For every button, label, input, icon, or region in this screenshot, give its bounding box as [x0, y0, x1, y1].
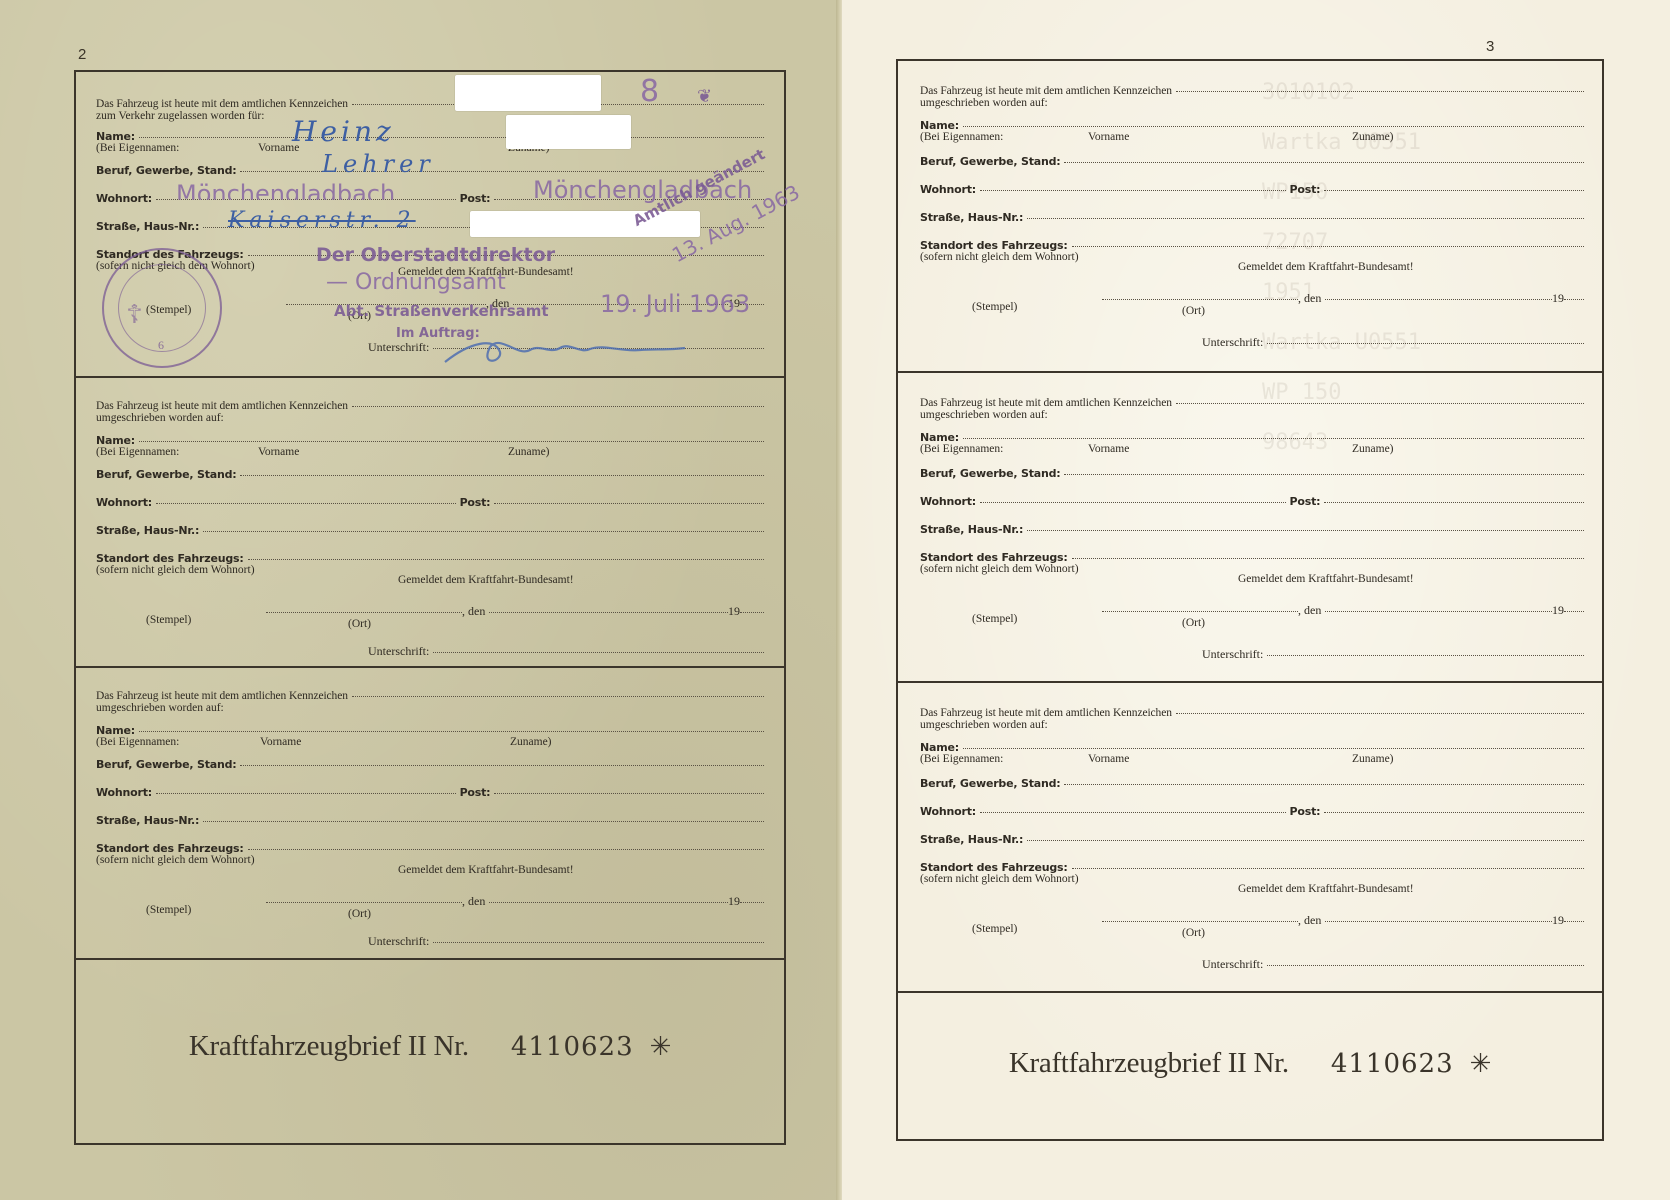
ort-field[interactable]	[1102, 611, 1298, 612]
redacted-zuname	[506, 115, 631, 149]
wohnort-field[interactable]	[980, 812, 1286, 813]
wohnort-label: Wohnort:	[920, 495, 976, 508]
date-row: , den 19	[266, 604, 764, 619]
zuname-label: Zuname)	[508, 446, 550, 458]
intro-row: Das Fahrzeug ist heute mit dem amtlichen…	[920, 85, 1584, 97]
bei-eigennamen-label: (Bei Eigennamen:	[96, 446, 179, 458]
document-title-footer: Kraftfahrzeugbrief II Nr.4110623✳	[76, 1030, 784, 1063]
kennzeichen-field[interactable]	[352, 406, 764, 407]
year-field[interactable]	[1564, 921, 1584, 922]
authority-stamp-line1: Der Oberstadtdirektor	[316, 244, 555, 266]
beruf-label: Beruf, Gewerbe, Stand:	[96, 164, 236, 177]
gemeldet-text: Gemeldet dem Kraftfahrt-Bundesamt!	[1238, 573, 1414, 585]
registration-section-4: Das Fahrzeug ist heute mit dem amtlichen…	[898, 61, 1602, 373]
date-field[interactable]	[489, 612, 728, 613]
struck-strasse: Kaiserstr. 2	[228, 208, 416, 233]
stempel-label: (Stempel)	[972, 923, 1017, 935]
den-label: , den	[1298, 291, 1321, 306]
date-row: , den 19	[1102, 603, 1584, 618]
post-field[interactable]	[1324, 812, 1584, 813]
document-footer: Kraftfahrzeugbrief II Nr.4110623✳	[76, 960, 784, 1145]
authority-stamp-line2: — Ordnungsamt	[326, 270, 506, 295]
ort-field[interactable]	[266, 902, 462, 903]
beruf-field[interactable]	[1064, 162, 1584, 163]
name-field[interactable]	[963, 126, 1584, 127]
registration-section-6: Das Fahrzeug ist heute mit dem amtlichen…	[898, 683, 1602, 993]
post-field[interactable]	[1324, 502, 1584, 503]
beruf-field[interactable]	[1064, 784, 1584, 785]
beruf-row: Beruf, Gewerbe, Stand:	[920, 155, 1584, 168]
name-row: Name:	[920, 431, 1584, 444]
unterschrift-row: Unterschrift:	[368, 934, 764, 949]
intro-text: Das Fahrzeug ist heute mit dem amtlichen…	[96, 690, 348, 702]
unterschrift-row: Unterschrift:	[1202, 335, 1584, 350]
page-number-right: 3	[1486, 38, 1494, 55]
unterschrift-field[interactable]	[1267, 655, 1584, 656]
ort-field[interactable]	[1102, 299, 1298, 300]
strasse-field[interactable]	[1027, 218, 1584, 219]
date-row: , den 19	[1102, 291, 1584, 306]
intro-text-2: zum Verkehr zugelassen worden für:	[96, 110, 264, 122]
intro-text: Das Fahrzeug ist heute mit dem amtlichen…	[920, 397, 1172, 409]
wohnort-label: Wohnort:	[96, 496, 152, 509]
ort-field[interactable]	[1102, 921, 1298, 922]
strasse-label: Straße, Haus-Nr.:	[96, 220, 199, 233]
standort-field[interactable]	[248, 849, 764, 850]
right-page: 3010102Wartka U0551WP150727071951Wartka …	[842, 0, 1670, 1200]
gemeldet-text: Gemeldet dem Kraftfahrt-Bundesamt!	[1238, 261, 1414, 273]
unterschrift-label: Unterschrift:	[1202, 335, 1263, 350]
wohnort-label: Wohnort:	[96, 786, 152, 799]
intro-text-2: umgeschrieben worden auf:	[96, 702, 224, 714]
asterisk-icon: ✳	[650, 1032, 672, 1061]
beruf-field[interactable]	[240, 171, 764, 172]
wohnort-label: Wohnort:	[96, 192, 152, 205]
intro-row: Das Fahrzeug ist heute mit dem amtlichen…	[920, 397, 1584, 409]
unterschrift-row: Unterschrift:	[368, 644, 764, 659]
year-field[interactable]	[1564, 299, 1584, 300]
zuname-label: Zuname)	[1352, 443, 1394, 455]
zuname-label: Zuname)	[510, 736, 552, 748]
post-field[interactable]	[494, 503, 764, 504]
wohnort-row: Wohnort: Post:	[96, 496, 764, 509]
strasse-label: Straße, Haus-Nr.:	[920, 523, 1023, 536]
name-row: Name:	[96, 434, 764, 447]
post-field[interactable]	[494, 793, 764, 794]
stamp-date: 19. Juli 1963	[600, 290, 750, 318]
handwritten-vorname: Heinz	[292, 115, 395, 148]
beruf-label: Beruf, Gewerbe, Stand:	[96, 758, 236, 771]
wohnort-row: Wohnort: Post:	[920, 495, 1584, 508]
strasse-label: Straße, Haus-Nr.:	[920, 833, 1023, 846]
name-field[interactable]	[139, 441, 764, 442]
intro-text-2: umgeschrieben worden auf:	[920, 409, 1048, 421]
den-label: , den	[1298, 603, 1321, 618]
gemeldet-text: Gemeldet dem Kraftfahrt-Bundesamt!	[398, 864, 574, 876]
name-row: Name:	[920, 119, 1584, 132]
wohnort-field[interactable]	[980, 502, 1286, 503]
strasse-row: Straße, Haus-Nr.:	[96, 814, 764, 827]
kennzeichen-field[interactable]	[1176, 403, 1584, 404]
intro-row: Das Fahrzeug ist heute mit dem amtlichen…	[920, 707, 1584, 719]
ort-label: (Ort)	[1182, 305, 1205, 317]
name-field[interactable]	[963, 438, 1584, 439]
year-prefix: 19	[728, 604, 740, 619]
strasse-label: Straße, Haus-Nr.:	[96, 524, 199, 537]
stempel-label: (Stempel)	[972, 613, 1017, 625]
sofern-label: (sofern nicht gleich dem Wohnort)	[96, 854, 255, 866]
authority-stamp-line3: Abt. Straßenverkehrsamt	[334, 302, 549, 320]
handwritten-beruf: Lehrer	[322, 150, 435, 178]
seal-number: 6	[158, 338, 164, 353]
intro-text-2: umgeschrieben worden auf:	[920, 719, 1048, 731]
ort-label: (Ort)	[348, 908, 371, 920]
document-number: 4110623	[511, 1032, 634, 1062]
year-field[interactable]	[1564, 611, 1584, 612]
beruf-label: Beruf, Gewerbe, Stand:	[920, 777, 1060, 790]
unterschrift-row: Unterschrift:	[1202, 647, 1584, 662]
strasse-label: Straße, Haus-Nr.:	[96, 814, 199, 827]
bei-eigennamen-label: (Bei Eigennamen:	[96, 142, 179, 154]
kennzeichen-field[interactable]	[1176, 91, 1584, 92]
strasse-field[interactable]	[1027, 530, 1584, 531]
wohnort-field[interactable]	[156, 503, 456, 504]
name-row: Name:	[96, 724, 764, 737]
unterschrift-field[interactable]	[433, 652, 764, 653]
post-label: Post:	[1290, 495, 1321, 508]
kennzeichen-suffix: 8	[640, 74, 659, 109]
sofern-label: (sofern nicht gleich dem Wohnort)	[920, 563, 1079, 575]
bei-eigennamen-label: (Bei Eigennamen:	[96, 736, 179, 748]
ink-blot-icon: ❦	[697, 86, 712, 107]
name-field[interactable]	[139, 731, 764, 732]
city-seal-icon: ☦ 6	[102, 248, 222, 368]
name-row: Name:	[96, 130, 764, 143]
vorname-label: Vorname	[1088, 753, 1129, 765]
unterschrift-field[interactable]	[1267, 965, 1584, 966]
left-page: 2 Das Fahrzeug ist heute mit dem amtlich…	[0, 0, 842, 1200]
wohnort-label: Wohnort:	[920, 805, 976, 818]
bei-eigennamen-label: (Bei Eigennamen:	[920, 443, 1003, 455]
standort-field[interactable]	[1072, 558, 1584, 559]
wohnort-row: Wohnort: Post:	[920, 805, 1584, 818]
date-field[interactable]	[1325, 299, 1552, 300]
sofern-label: (sofern nicht gleich dem Wohnort)	[920, 873, 1079, 885]
bei-eigennamen-label: (Bei Eigennamen:	[920, 131, 1003, 143]
year-field[interactable]	[740, 612, 764, 613]
ort-label: (Ort)	[1182, 617, 1205, 629]
beruf-label: Beruf, Gewerbe, Stand:	[920, 467, 1060, 480]
intro-text: Das Fahrzeug ist heute mit dem amtlichen…	[96, 400, 348, 412]
beruf-label: Beruf, Gewerbe, Stand:	[920, 155, 1060, 168]
post-label: Post:	[460, 786, 491, 799]
unterschrift-label: Unterschrift:	[1202, 647, 1263, 662]
unterschrift-label: Unterschrift:	[368, 934, 429, 949]
strasse-field[interactable]	[203, 531, 764, 532]
document-footer: Kraftfahrzeugbrief II Nr.4110623✳	[898, 993, 1602, 1141]
beruf-row: Beruf, Gewerbe, Stand:	[96, 758, 764, 771]
registration-section-3: Das Fahrzeug ist heute mit dem amtlichen…	[76, 668, 784, 960]
vorname-label: Vorname	[1088, 443, 1129, 455]
name-row: Name:	[920, 741, 1584, 754]
asterisk-icon: ✳	[1470, 1049, 1492, 1078]
strasse-row: Straße, Haus-Nr.:	[96, 524, 764, 537]
page-number-left: 2	[78, 46, 86, 63]
beruf-field[interactable]	[240, 475, 764, 476]
stempel-label: (Stempel)	[146, 614, 191, 626]
standort-field[interactable]	[1072, 246, 1584, 247]
year-prefix: 19	[728, 894, 740, 909]
document-title-footer: Kraftfahrzeugbrief II Nr.4110623✳	[898, 1047, 1602, 1080]
intro-row: Das Fahrzeug ist heute mit dem amtlichen…	[96, 98, 764, 110]
beruf-label: Beruf, Gewerbe, Stand:	[96, 468, 236, 481]
ort-field[interactable]	[266, 612, 462, 613]
stempel-label: (Stempel)	[972, 301, 1017, 313]
strasse-field[interactable]	[203, 821, 764, 822]
redacted-kennzeichen	[455, 75, 601, 111]
intro-text: Das Fahrzeug ist heute mit dem amtlichen…	[96, 98, 348, 110]
date-row: , den 19	[266, 894, 764, 909]
document-title: Kraftfahrzeugbrief II Nr.	[1009, 1047, 1289, 1079]
year-field[interactable]	[740, 902, 764, 903]
beruf-row: Beruf, Gewerbe, Stand:	[920, 777, 1584, 790]
standort-field[interactable]	[1072, 868, 1584, 869]
strasse-row: Straße, Haus-Nr.:	[920, 211, 1584, 224]
kennzeichen-field[interactable]	[352, 696, 764, 697]
date-field[interactable]	[1325, 921, 1552, 922]
strasse-field[interactable]	[1027, 840, 1584, 841]
kennzeichen-field[interactable]	[1176, 713, 1584, 714]
den-label: , den	[462, 894, 485, 909]
registration-section-2: Das Fahrzeug ist heute mit dem amtlichen…	[76, 378, 784, 668]
beruf-field[interactable]	[240, 765, 764, 766]
intro-text: Das Fahrzeug ist heute mit dem amtlichen…	[920, 707, 1172, 719]
beruf-row: Beruf, Gewerbe, Stand:	[96, 468, 764, 481]
strasse-row: Straße, Haus-Nr.:	[920, 523, 1584, 536]
year-prefix: 19	[1552, 603, 1564, 618]
name-field[interactable]	[139, 137, 764, 138]
registration-section-5: Das Fahrzeug ist heute mit dem amtlichen…	[898, 373, 1602, 683]
form-frame-right: Das Fahrzeug ist heute mit dem amtlichen…	[896, 59, 1604, 1141]
intro-text-2: umgeschrieben worden auf:	[920, 97, 1048, 109]
wohnort-row: Wohnort: Post:	[96, 786, 764, 799]
unterschrift-label: Unterschrift:	[1202, 957, 1263, 972]
document-title: Kraftfahrzeugbrief II Nr.	[189, 1030, 469, 1062]
post-label: Post:	[460, 192, 491, 205]
date-field[interactable]	[1325, 611, 1552, 612]
unterschrift-label: Unterschrift:	[368, 644, 429, 659]
unterschrift-label: Unterschrift:	[368, 340, 429, 355]
gemeldet-text: Gemeldet dem Kraftfahrt-Bundesamt!	[1238, 883, 1414, 895]
bei-eigennamen-label: (Bei Eigennamen:	[920, 753, 1003, 765]
beruf-row: Beruf, Gewerbe, Stand:	[920, 467, 1584, 480]
strasse-label: Straße, Haus-Nr.:	[920, 211, 1023, 224]
standort-field[interactable]	[248, 559, 764, 560]
vorname-label: Vorname	[260, 736, 301, 748]
wohnort-row: Wohnort: Post:	[920, 183, 1584, 196]
stempel-label: (Stempel)	[146, 904, 191, 916]
beruf-field[interactable]	[1064, 474, 1584, 475]
document-number: 4110623	[1331, 1049, 1454, 1079]
wohnort-label: Wohnort:	[920, 183, 976, 196]
den-label: , den	[1298, 913, 1321, 928]
sofern-label: (sofern nicht gleich dem Wohnort)	[96, 564, 255, 576]
intro-text-2: umgeschrieben worden auf:	[96, 412, 224, 424]
intro-row: Das Fahrzeug ist heute mit dem amtlichen…	[96, 690, 764, 702]
post-field[interactable]	[1324, 190, 1584, 191]
ort-label: (Ort)	[348, 618, 371, 630]
year-prefix: 19	[1552, 291, 1564, 306]
unterschrift-row: Unterschrift:	[1202, 957, 1584, 972]
signature-icon	[440, 332, 690, 372]
vorname-label: Vorname	[258, 446, 299, 458]
date-row: , den 19	[1102, 913, 1584, 928]
wohnort-field[interactable]	[156, 793, 456, 794]
zuname-label: Zuname)	[1352, 753, 1394, 765]
post-label: Post:	[1290, 805, 1321, 818]
ort-label: (Ort)	[1182, 927, 1205, 939]
year-prefix: 19	[1552, 913, 1564, 928]
intro-text: Das Fahrzeug ist heute mit dem amtlichen…	[920, 85, 1172, 97]
vorname-label: Vorname	[1088, 131, 1129, 143]
post-label: Post:	[1290, 183, 1321, 196]
post-label: Post:	[460, 496, 491, 509]
gemeldet-text: Gemeldet dem Kraftfahrt-Bundesamt!	[398, 574, 574, 586]
den-label: , den	[462, 604, 485, 619]
date-field[interactable]	[489, 902, 728, 903]
strasse-row: Straße, Haus-Nr.:	[920, 833, 1584, 846]
unterschrift-field[interactable]	[433, 942, 764, 943]
intro-row: Das Fahrzeug ist heute mit dem amtlichen…	[96, 400, 764, 412]
zuname-label: Zuname)	[1352, 131, 1394, 143]
sofern-label: (sofern nicht gleich dem Wohnort)	[920, 251, 1079, 263]
name-field[interactable]	[963, 748, 1584, 749]
wohnort-field[interactable]	[980, 190, 1286, 191]
unterschrift-field[interactable]	[1267, 343, 1584, 344]
